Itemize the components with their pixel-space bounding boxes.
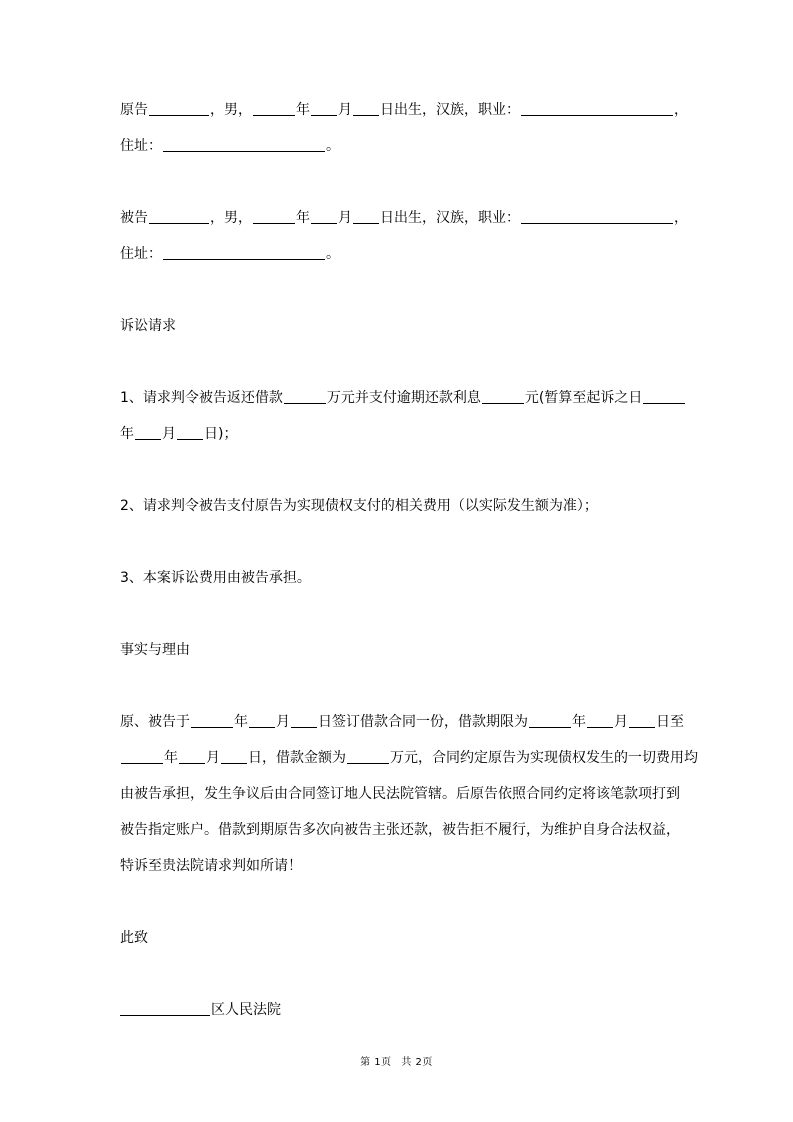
birth-year-blank [253,101,295,116]
day-label: 日)； [204,426,237,442]
year-label: 年 [296,210,310,226]
contract-year-blank [191,713,233,728]
birth-month-blank [311,101,337,116]
birth-month-blank [311,209,337,224]
month-label: 月 [338,210,352,226]
document-page: 原告，男，年月日出生，汉族，职业：， 住址：。 被告，男，年月日出生，汉族，职业… [120,92,675,1028]
facts-line-1: 原、被告于年月日签订借款合同一份，借款期限为年月日至 [120,704,675,740]
year-label: 年 [234,714,248,730]
plaintiff-label: 原告 [120,102,148,118]
punctuation: 。 [326,246,340,262]
page-total: 共 2页 [401,1057,433,1068]
page-footer: 第 1页 共 2页 [0,1053,793,1068]
contract-day-blank [291,713,317,728]
term-end-day-blank [221,749,247,764]
year-label: 年 [572,714,586,730]
claim-3: 3、本案诉讼费用由被告承担。 [120,560,675,596]
filing-year-blank [643,389,685,404]
claim-text: 元(暂算至起诉之日 [525,390,642,406]
occupation-blank [521,209,673,224]
contract-month-blank [249,713,275,728]
month-label: 月 [614,714,628,730]
facts-line-2: 年月日，借款金额为万元，合同约定原告为实现债权发生的一切费用均 [120,740,675,776]
address-blank [163,137,325,152]
plaintiff-line: 原告，男，年月日出生，汉族，职业：， [120,92,675,128]
facts-text: 原、被告于 [120,714,190,730]
address-label: 住址： [120,138,162,154]
court-name: 区人民法院 [211,1002,281,1018]
facts-line-5: 特诉至贵法院请求判如所请！ [120,848,675,884]
facts-line-4: 被告指定账户。借款到期原告多次向被告主张还款，被告拒不履行，为维护自身合法权益， [120,812,675,848]
defendant-address-line: 住址：。 [120,236,675,272]
term-start-month-blank [587,713,613,728]
month-label: 月 [206,750,220,766]
facts-text: 日至 [656,714,684,730]
punctuation: ， [674,210,688,226]
loan-amount-blank [284,389,326,404]
gender-text: ，男， [210,102,252,118]
court-district-blank [120,1001,210,1016]
closing-salutation: 此致 [120,920,675,956]
facts-text: 日签订借款合同一份，借款期限为 [318,714,528,730]
year-label: 年 [296,102,310,118]
claim-text: 万元并支付逾期还款利息 [327,390,481,406]
defendant-label: 被告 [120,210,148,226]
punctuation: ， [674,102,688,118]
birth-ethnicity-occupation-label: 日出生，汉族，职业： [380,102,520,118]
address-label: 住址： [120,246,162,262]
facts-line-3: 由被告承担，发生争议后由合同签订地人民法院管辖。后原告依照合同约定将该笔款项打到 [120,776,675,812]
month-label: 月 [162,426,176,442]
claim-1-line-1: 1、请求判令被告返还借款万元并支付逾期还款利息元(暂算至起诉之日 [120,380,675,416]
defendant-name-blank [149,209,209,224]
birth-day-blank [353,101,379,116]
birth-ethnicity-occupation-label: 日出生，汉族，职业： [380,210,520,226]
term-end-month-blank [179,749,205,764]
filing-month-blank [135,425,161,440]
filing-day-blank [177,425,203,440]
court-line: 区人民法院 [120,992,675,1028]
loan-amount-blank [347,749,389,764]
address-blank [163,245,325,260]
term-start-year-blank [529,713,571,728]
year-label: 年 [120,426,134,442]
occupation-blank [521,101,673,116]
birth-year-blank [253,209,295,224]
month-label: 月 [338,102,352,118]
plaintiff-address-line: 住址：。 [120,128,675,164]
term-end-year-blank [121,749,163,764]
claims-heading: 诉讼请求 [120,308,675,344]
punctuation: 。 [326,138,340,154]
interest-amount-blank [482,389,524,404]
defendant-line: 被告，男，年月日出生，汉族，职业：， [120,200,675,236]
birth-day-blank [353,209,379,224]
month-label: 月 [276,714,290,730]
facts-text: 日，借款金额为 [248,750,346,766]
claim-1-line-2: 年月日)； [120,416,675,452]
term-start-day-blank [629,713,655,728]
facts-text: 万元，合同约定原告为实现债权发生的一切费用均 [390,750,698,766]
facts-heading: 事实与理由 [120,632,675,668]
page-number: 第 1页 [360,1057,392,1068]
plaintiff-name-blank [149,101,209,116]
gender-text: ，男， [210,210,252,226]
claim-text: 1、请求判令被告返还借款 [120,390,283,406]
claim-2: 2、请求判令被告支付原告为实现债权支付的相关费用（以实际发生额为准）； [120,488,675,524]
year-label: 年 [164,750,178,766]
